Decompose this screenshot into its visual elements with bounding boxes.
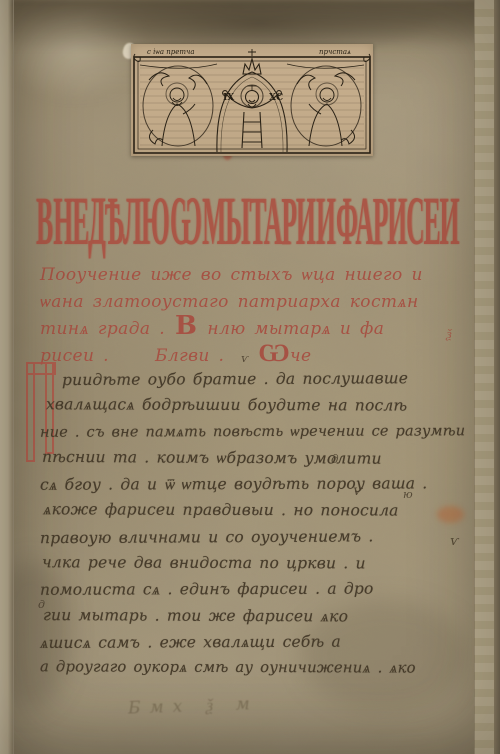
frame-outer: [134, 57, 370, 153]
superscript-letter: д: [331, 452, 339, 466]
board-edge: [494, 0, 500, 754]
body-text-block: риидѣте оубо братие . да послушавше хвал…: [40, 366, 468, 682]
superscript-letter: ѵ: [241, 352, 248, 365]
christ-monogram-right: ХС: [269, 93, 283, 103]
body-line: помолиста сѧ . единъ фарисеи . а дро: [40, 576, 468, 604]
body-line: риидѣте оубо братие . да послушавше: [40, 365, 468, 394]
rubric-line3-text: тинѧ града .: [40, 316, 165, 343]
superscript-letter: д: [38, 598, 45, 611]
title-vyaz-band: В НЕДѢЛЮ Ѡ МЫТАРИ И ФАРИСЕИ: [36, 186, 466, 258]
rubric-line: Пооучение иже во стыхъ ѡца ншего и: [40, 262, 465, 289]
body-line: пѣснии та . коимъ ѡбразомъ умолити: [40, 444, 468, 473]
superscript-letter: ѵ: [450, 534, 459, 549]
body-line: хвалѧщасѧ бодрѣишии боудите на послѣ: [40, 392, 468, 420]
rubric-line: тинѧ града . В нлю мытарѧ и фа: [40, 316, 465, 343]
headpiece-caption-right: прчстаѧ: [319, 48, 351, 56]
rubric-line: ѡана златооустаго патриарха костѧн: [40, 289, 465, 316]
gutter-edge: [0, 0, 14, 754]
body-line: а дроугаго оукорѧ смѣ ау оуничижениѧ . ѧ…: [40, 655, 468, 683]
title-vyaz-text: В НЕДѢЛЮ Ѡ МЫТАРИ И ФАРИСЕИ: [36, 186, 458, 263]
body-line: правоую вличнами и со оуоучениемъ .: [40, 523, 468, 552]
body-line: члка рече два внидоста по цркви . и: [40, 549, 468, 577]
rubric-initial-v: В: [175, 316, 197, 336]
superscript-letter: ѵ: [353, 483, 363, 499]
christ-monogram-left: ІХ: [223, 93, 234, 103]
deesis-left-figure: [143, 66, 213, 146]
rubric-line3-text: нлю мытарѧ и фа: [207, 316, 384, 343]
superscript-letter: ю: [403, 488, 413, 501]
marginal-red-letter: ѯ: [446, 326, 451, 342]
footer-inscription: Бмх ѯ м: [128, 689, 389, 718]
body-line: ѧшисѧ самъ . еже хвалѧщи себѣ а: [40, 628, 468, 656]
rubric-omega-initial: Ѡ: [258, 344, 290, 362]
deesis-right-figure: [291, 66, 361, 146]
body-line: гии мытарь . тои же фарисеи ѧко: [40, 602, 468, 630]
headpiece-woodcut: с іѡа претча прчстаѧ: [131, 44, 373, 156]
fore-edge: [474, 0, 495, 754]
body-line: ние . съ вне памѧть повѣсть ѡречении се …: [40, 418, 468, 446]
headpiece-caption-left: с іѡа претча: [147, 48, 195, 56]
manuscript-leaf: с іѡа претча прчстаѧ: [0, 0, 500, 754]
rubric-block: Пооучение иже во стыхъ ѡца ншего и ѡана …: [40, 262, 465, 370]
